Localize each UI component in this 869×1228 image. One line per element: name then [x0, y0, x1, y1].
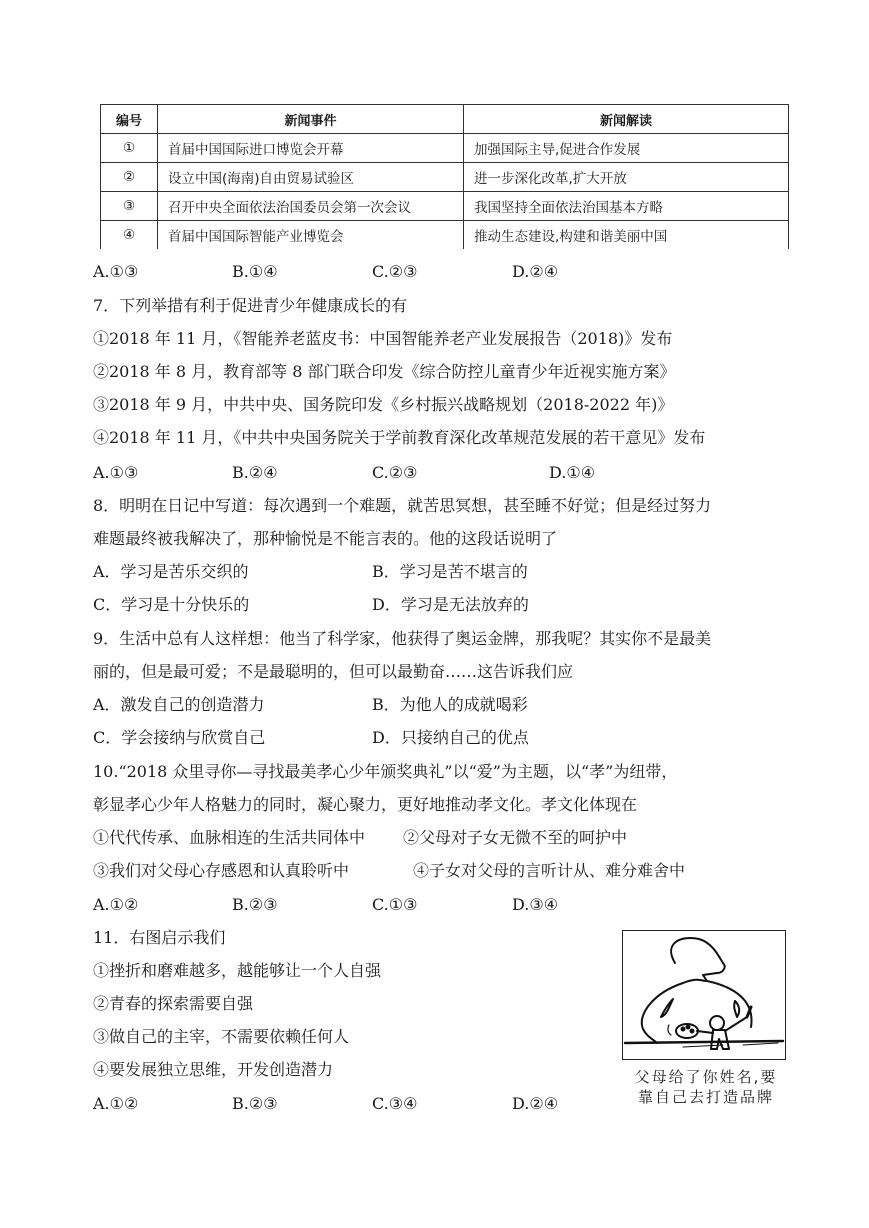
q10-stem-line-1: 10.“2018 众里寻你—寻找最美孝心少年颁奖典礼”以“爱”为主题，以“孝”为… — [93, 762, 677, 782]
q7-item-3: ③2018 年 9 月，中共中央、国务院印发《乡村振兴战略规划（2018-202… — [93, 395, 673, 415]
q9-stem-line-1: 9．生活中总有人这样想：他当了科学家，他获得了奥运金牌，那我呢？其实你不是最美 — [93, 629, 711, 649]
row-number: ③ — [101, 192, 158, 221]
row-number: ④ — [101, 221, 158, 250]
header-reading: 新闻解读 — [464, 105, 789, 134]
table-row: ④ 首届中国国际智能产业博览会 推动生态建设,构建和谐美丽中国 — [101, 221, 789, 250]
q10-item-3: ③我们对父母心存感恩和认真聆听中 — [93, 861, 349, 881]
q7-option-b[interactable]: B.②④ — [232, 463, 278, 483]
header-event: 新闻事件 — [158, 105, 464, 134]
q7-option-d[interactable]: D.①④ — [549, 463, 595, 483]
row-event: 设立中国(海南)自由贸易试验区 — [158, 163, 464, 192]
q8-option-d[interactable]: D．学习是无法放弃的 — [372, 595, 529, 615]
q11-stem: 11．右图启示我们 — [93, 928, 225, 948]
q8-stem-line-1: 8．明明在日记中写道：每次遇到一个难题，就苦思冥想，甚至睡不好觉；但是经过努力 — [93, 496, 711, 516]
q11-item-1: ①挫折和磨难越多，越能够让一个人自强 — [93, 961, 381, 981]
row-event: 首届中国国际智能产业博览会 — [158, 221, 464, 250]
row-number: ② — [101, 163, 158, 192]
q11-option-b[interactable]: B.②③ — [232, 1094, 278, 1114]
q10-item-1: ①代代传承、血脉相连的生活共同体中 — [93, 828, 365, 848]
q9-option-d[interactable]: D．只接纳自己的优点 — [372, 728, 529, 748]
q8-stem-line-2: 难题最终被我解决了，那种愉悦是不能言表的。他的这段话说明了 — [93, 529, 557, 549]
table-row: ③ 召开中央全面依法治国委员会第一次会议 我国坚持全面依法治国基本方略 — [101, 192, 789, 221]
q10-option-d[interactable]: D.③④ — [512, 895, 558, 915]
q8-option-a[interactable]: A．学习是苦乐交织的 — [93, 562, 249, 582]
q8-option-b[interactable]: B．学习是苦不堪言的 — [372, 562, 528, 582]
q10-option-a[interactable]: A.①② — [93, 895, 138, 915]
row-reading: 我国坚持全面依法治国基本方略 — [464, 192, 789, 221]
q7-option-a[interactable]: A.①③ — [93, 463, 138, 483]
q7-item-2: ②2018 年 8 月，教育部等 8 部门联合印发《综合防控儿童青少年近视实施方… — [93, 362, 676, 382]
q6-option-b[interactable]: B.①④ — [232, 262, 278, 282]
q10-item-4: ④子女对父母的言听计从、难分难舍中 — [413, 861, 685, 881]
cartoon-caption-line-2: 靠自己去打造品牌 — [622, 1086, 790, 1107]
row-event: 召开中央全面依法治国委员会第一次会议 — [158, 192, 464, 221]
table-row: ② 设立中国(海南)自由贸易试验区 进一步深化改革,扩大开放 — [101, 163, 789, 192]
q9-option-b[interactable]: B．为他人的成就喝彩 — [372, 695, 528, 715]
q11-option-a[interactable]: A.①② — [93, 1094, 138, 1114]
row-number: ① — [101, 134, 158, 163]
row-reading: 加强国际主导,促进合作发展 — [464, 134, 789, 163]
q8-option-c[interactable]: C．学习是十分快乐的 — [93, 595, 249, 615]
q9-stem-line-2: 丽的，但是最可爱；不是最聪明的，但可以最勤奋……这告诉我们应 — [93, 662, 573, 682]
q11-option-d[interactable]: D.②④ — [512, 1094, 558, 1114]
q6-option-d[interactable]: D.②④ — [512, 262, 558, 282]
table-row: ① 首届中国国际进口博览会开幕 加强国际主导,促进合作发展 — [101, 134, 789, 163]
q6-option-a[interactable]: A.①③ — [93, 262, 138, 282]
cartoon-illustration-icon — [623, 931, 785, 1059]
cartoon-caption-line-1: 父母给了你姓名,要 — [622, 1066, 790, 1087]
q7-stem: 7．下列举措有利于促进青少年健康成长的有 — [93, 296, 407, 316]
q10-option-b[interactable]: B.②③ — [232, 895, 278, 915]
q9-option-a[interactable]: A．激发自己的创造潜力 — [93, 695, 265, 715]
cartoon-figure — [622, 930, 786, 1060]
news-table: 编号 新闻事件 新闻解读 ① 首届中国国际进口博览会开幕 加强国际主导,促进合作… — [100, 104, 789, 249]
table-header-row: 编号 新闻事件 新闻解读 — [101, 105, 789, 134]
row-reading: 推动生态建设,构建和谐美丽中国 — [464, 221, 789, 250]
row-reading: 进一步深化改革,扩大开放 — [464, 163, 789, 192]
q11-option-c[interactable]: C.③④ — [372, 1094, 417, 1114]
q7-item-4: ④2018 年 11 月，《中共中央国务院关于学前教育深化改革规范发展的若干意见… — [93, 428, 705, 448]
q9-option-c[interactable]: C．学会接纳与欣赏自己 — [93, 728, 265, 748]
q10-item-2: ②父母对子女无微不至的呵护中 — [403, 828, 627, 848]
q7-option-c[interactable]: C.②③ — [372, 463, 417, 483]
q6-option-c[interactable]: C.②③ — [372, 262, 417, 282]
q10-option-c[interactable]: C.①③ — [372, 895, 417, 915]
q7-item-1: ①2018 年 11 月，《智能养老蓝皮书：中国智能养老产业发展报告（2018)… — [93, 329, 672, 349]
q11-item-2: ②青春的探索需要自强 — [93, 994, 253, 1014]
q11-item-4: ④要发展独立思维，开发创造潜力 — [93, 1060, 333, 1080]
header-number: 编号 — [101, 105, 158, 134]
row-event: 首届中国国际进口博览会开幕 — [158, 134, 464, 163]
q11-item-3: ③做自己的主宰，不需要依赖任何人 — [93, 1027, 349, 1047]
q10-stem-line-2: 彰显孝心少年人格魅力的同时，凝心聚力，更好地推动孝文化。孝文化体现在 — [93, 795, 637, 815]
